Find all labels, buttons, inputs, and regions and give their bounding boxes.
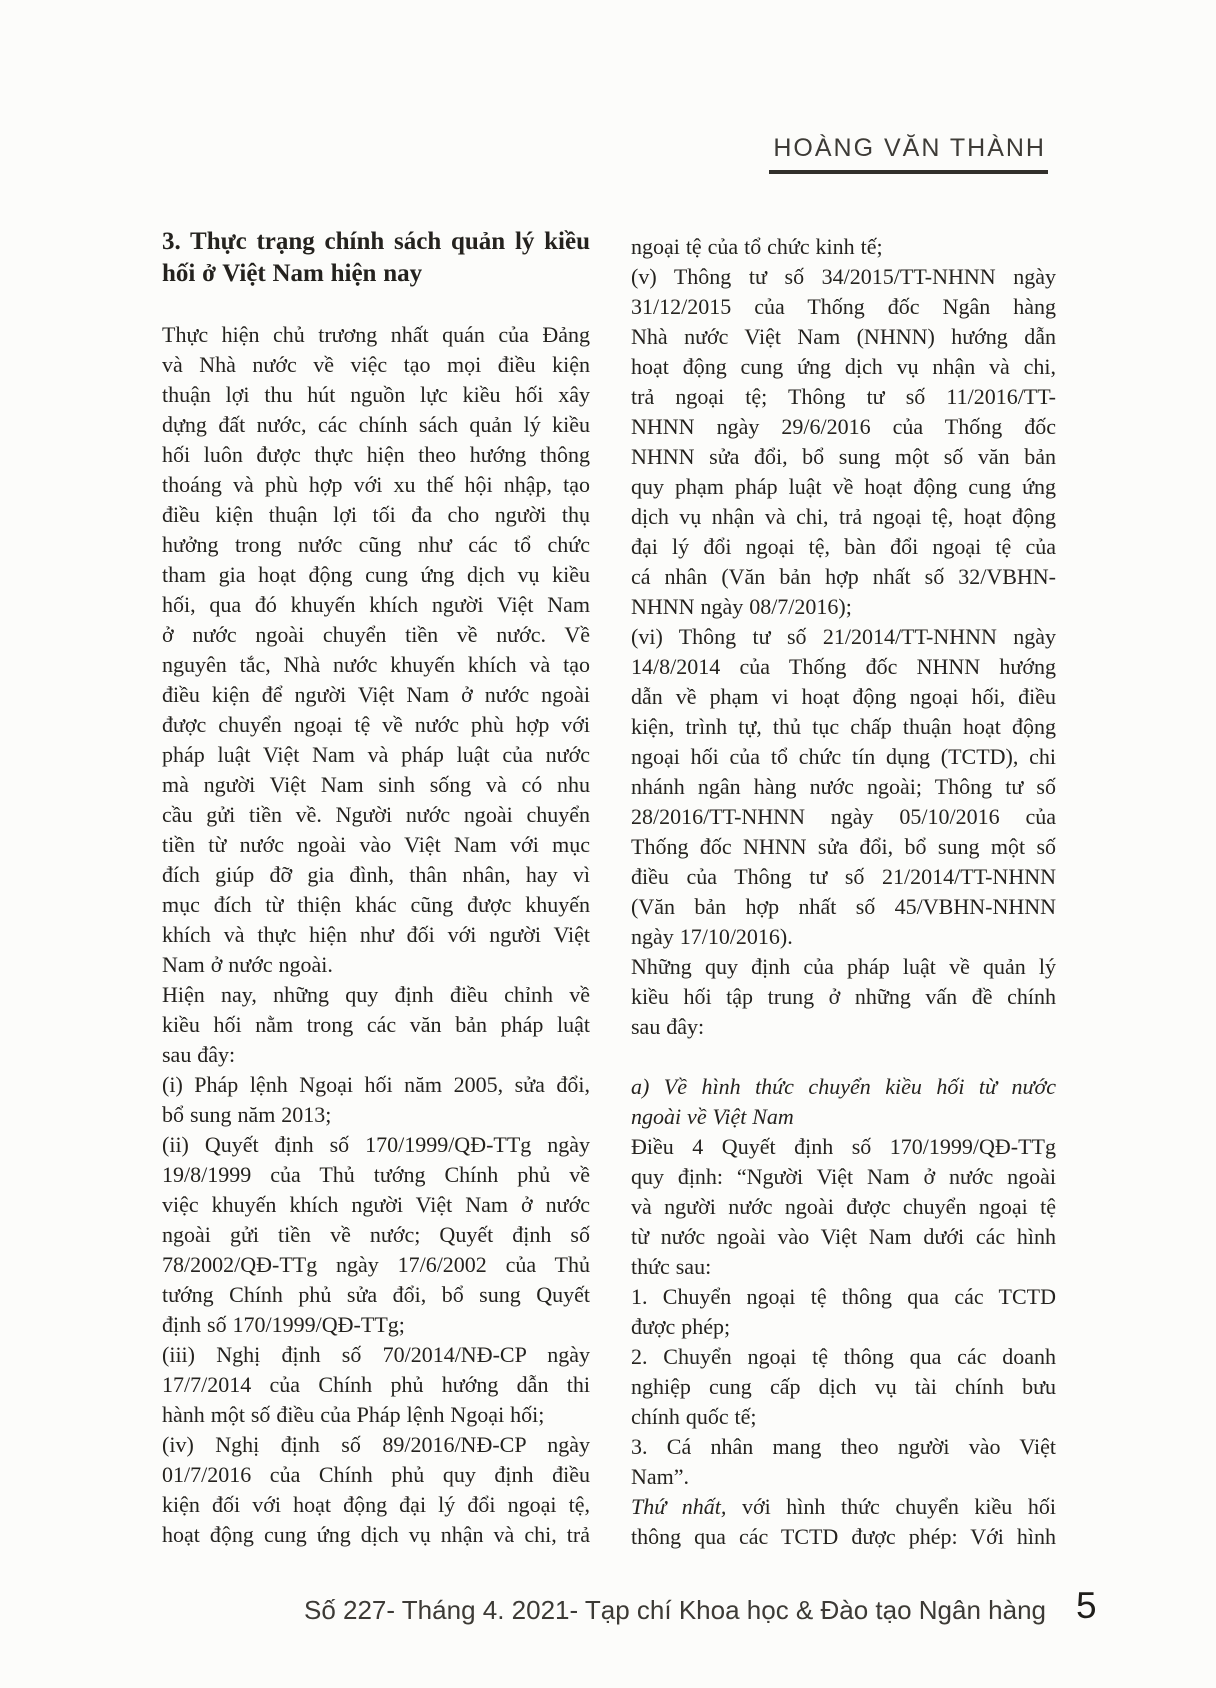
text-line: 3. Thực trạng chính sách quản lý kiều [162, 226, 590, 258]
blank-line [631, 1042, 1056, 1072]
text-line: hoạt động cung ứng dịch vụ nhận và chi, [631, 352, 1056, 382]
text-line: (ii) Quyết định số 170/1999/QĐ-TTg ngày [162, 1130, 590, 1160]
text-line: hối, qua đó khuyến khích người Việt Nam [162, 590, 590, 620]
text-line: việc khuyến khích người Việt Nam ở nước [162, 1190, 590, 1220]
text-line: kiện, trình tự, thủ tục chấp thuận hoạt … [631, 712, 1056, 742]
text-line: 14/8/2014 của Thống đốc NHNN hướng [631, 652, 1056, 682]
text-line: NHNN sửa đổi, bổ sung một số văn bản [631, 442, 1056, 472]
text-line: NHNN ngày 08/7/2016); [631, 592, 1056, 622]
section-heading: 3. Thực trạng chính sách quản lý kiềuhối… [162, 226, 590, 290]
text-line: Điều 4 Quyết định số 170/1999/QĐ-TTg [631, 1132, 1056, 1162]
body-column-right: ngoại tệ của tổ chức kinh tế;(v) Thông t… [631, 232, 1056, 1552]
text-line: thông qua các TCTD được phép: Với hình [631, 1522, 1056, 1552]
text-line: tướng Chính phủ sửa đổi, bổ sung Quyết [162, 1280, 590, 1310]
text-line: 01/7/2016 của Chính phủ quy định điều [162, 1460, 590, 1490]
text-line: thoáng và phù hợp với xu thế hội nhập, t… [162, 470, 590, 500]
text-line: (vi) Thông tư số 21/2014/TT-NHNN ngày [631, 622, 1056, 652]
text-line: 28/2016/TT-NHNN ngày 05/10/2016 của [631, 802, 1056, 832]
text-line: Nhà nước Việt Nam (NHNN) hướng dẫn [631, 322, 1056, 352]
text-line: Những quy định của pháp luật về quản lý [631, 952, 1056, 982]
text-line: (iv) Nghị định số 89/2016/NĐ-CP ngày [162, 1430, 590, 1460]
text-line: Nam ở nước ngoài. [162, 950, 590, 980]
text-line: từ nước ngoài vào Việt Nam dưới các hình [631, 1222, 1056, 1252]
text-line: và Nhà nước về việc tạo mọi điều kiện [162, 350, 590, 380]
text-line: thuận lợi thu hút nguồn lực kiều hối xây [162, 380, 590, 410]
text-line: dịch vụ nhận và chi, trả ngoại tệ, hoạt … [631, 502, 1056, 532]
text-line: khích và thực hiện như đối với người Việ… [162, 920, 590, 950]
text-line: Thực hiện chủ trương nhất quán của Đảng [162, 320, 590, 350]
text-run: với hình thức chuyển kiều hối [726, 1494, 1056, 1519]
text-line: hành một số điều của Pháp lệnh Ngoại hối… [162, 1400, 590, 1430]
footer-page-number: 5 [1076, 1585, 1097, 1627]
text-line: ngày 17/10/2016). [631, 922, 1056, 952]
text-line: 1. Chuyển ngoại tệ thông qua các TCTD [631, 1282, 1056, 1312]
running-head: HOÀNG VĂN THÀNH [769, 134, 1048, 174]
text-line: pháp luật Việt Nam và pháp luật của nước [162, 740, 590, 770]
author-name: HOÀNG VĂN THÀNH [769, 134, 1048, 174]
text-line: Hiện nay, những quy định điều chỉnh về [162, 980, 590, 1010]
text-line: (iii) Nghị định số 70/2014/NĐ-CP ngày [162, 1340, 590, 1370]
text-line: sau đây: [162, 1040, 590, 1070]
text-line: tham gia hoạt động cung ứng dịch vụ kiều [162, 560, 590, 590]
text-line: (i) Pháp lệnh Ngoại hối năm 2005, sửa đổ… [162, 1070, 590, 1100]
text-line: dựng đất nước, các chính sách quản lý ki… [162, 410, 590, 440]
text-line: ngoại hối của tổ chức tín dụng (TCTD), c… [631, 742, 1056, 772]
text-line: được phép; [631, 1312, 1056, 1342]
text-line: ngoài về Việt Nam [631, 1102, 1056, 1132]
text-line: 2. Chuyển ngoại tệ thông qua các doanh [631, 1342, 1056, 1372]
text-line: mà người Việt Nam sinh sống và có nhu [162, 770, 590, 800]
text-line: ngoài gửi tiền về nước; Quyết định số [162, 1220, 590, 1250]
text-line: nguyên tắc, Nhà nước khuyến khích và tạo [162, 650, 590, 680]
text-line: cầu gửi tiền về. Người nước ngoài chuyển [162, 800, 590, 830]
text-line: NHNN ngày 29/6/2016 của Thống đốc [631, 412, 1056, 442]
document-page: HOÀNG VĂN THÀNH 3. Thực trạng chính sách… [0, 0, 1216, 1688]
text-line: dẫn về phạm vi hoạt động ngoại hối, điều [631, 682, 1056, 712]
text-line: (v) Thông tư số 34/2015/TT-NHNN ngày [631, 262, 1056, 292]
text-line: 3. Cá nhân mang theo người vào Việt [631, 1432, 1056, 1462]
text-line: và người nước ngoài được chuyển ngoại tệ [631, 1192, 1056, 1222]
text-line: 17/7/2014 của Chính phủ hướng dẫn thi [162, 1370, 590, 1400]
text-line: kiều hối tập trung ở những vấn đề chính [631, 982, 1056, 1012]
text-line: đại lý đổi ngoại tệ, bàn đổi ngoại tệ củ… [631, 532, 1056, 562]
text-line: kiện đối với hoạt động đại lý đổi ngoại … [162, 1490, 590, 1520]
text-line: ở nước ngoài chuyển tiền về nước. Về [162, 620, 590, 650]
text-line: đích giúp đỡ gia đình, thân nhân, hay vì [162, 860, 590, 890]
text-line: hối ở Việt Nam hiện nay [162, 258, 590, 290]
text-line: (Văn bản hợp nhất số 45/VBHN-NHNN [631, 892, 1056, 922]
text-line: quy phạm pháp luật về hoạt động cung ứng [631, 472, 1056, 502]
text-line: tiền từ nước ngoài vào Việt Nam với mục [162, 830, 590, 860]
text-line: mục đích từ thiện khác cũng được khuyến [162, 890, 590, 920]
text-line: 31/12/2015 của Thống đốc Ngân hàng [631, 292, 1056, 322]
body-column-left: Thực hiện chủ trương nhất quán của Đảngv… [162, 320, 590, 1550]
text-line: hoạt động cung ứng dịch vụ nhận và chi, … [162, 1520, 590, 1550]
text-line: thức sau: [631, 1252, 1056, 1282]
text-line: hưởng trong nước cũng như các tổ chức [162, 530, 590, 560]
text-line: định số 170/1999/QĐ-TTg; [162, 1310, 590, 1340]
text-line: 19/8/1999 của Thủ tướng Chính phủ về [162, 1160, 590, 1190]
text-line: kiều hối nằm trong các văn bản pháp luật [162, 1010, 590, 1040]
text-line: Nam”. [631, 1462, 1056, 1492]
text-line: Thống đốc NHNN sửa đổi, bổ sung một số [631, 832, 1056, 862]
text-line: cá nhân (Văn bản hợp nhất số 32/VBHN- [631, 562, 1056, 592]
text-line: ngoại tệ của tổ chức kinh tế; [631, 232, 1056, 262]
text-line: chính quốc tế; [631, 1402, 1056, 1432]
text-line: hối luôn được thực hiện theo hướng thông [162, 440, 590, 470]
text-line: quy định: “Người Việt Nam ở nước ngoài [631, 1162, 1056, 1192]
text-line: điều kiện thuận lợi tối đa cho người thụ [162, 500, 590, 530]
text-line: điều của Thông tư số 21/2014/TT-NHNN [631, 862, 1056, 892]
text-line: được chuyển ngoại tệ về nước phù hợp với [162, 710, 590, 740]
text-line: nhánh ngân hàng nước ngoài; Thông tư số [631, 772, 1056, 802]
text-line: sau đây: [631, 1012, 1056, 1042]
italic-run: Thứ nhất, [631, 1494, 726, 1519]
text-line: nghiệp cung cấp dịch vụ tài chính bưu [631, 1372, 1056, 1402]
text-line: a) Về hình thức chuyển kiều hối từ nước [631, 1072, 1056, 1102]
text-line: bổ sung năm 2013; [162, 1100, 590, 1130]
text-line: điều kiện để người Việt Nam ở nước ngoài [162, 680, 590, 710]
text-line: trả ngoại tệ; Thông tư số 11/2016/TT- [631, 382, 1056, 412]
text-line: 78/2002/QĐ-TTg ngày 17/6/2002 của Thủ [162, 1250, 590, 1280]
text-line: Thứ nhất, với hình thức chuyển kiều hối [631, 1492, 1056, 1522]
footer-journal-info: Số 227- Tháng 4. 2021- Tạp chí Khoa học … [304, 1595, 1046, 1626]
